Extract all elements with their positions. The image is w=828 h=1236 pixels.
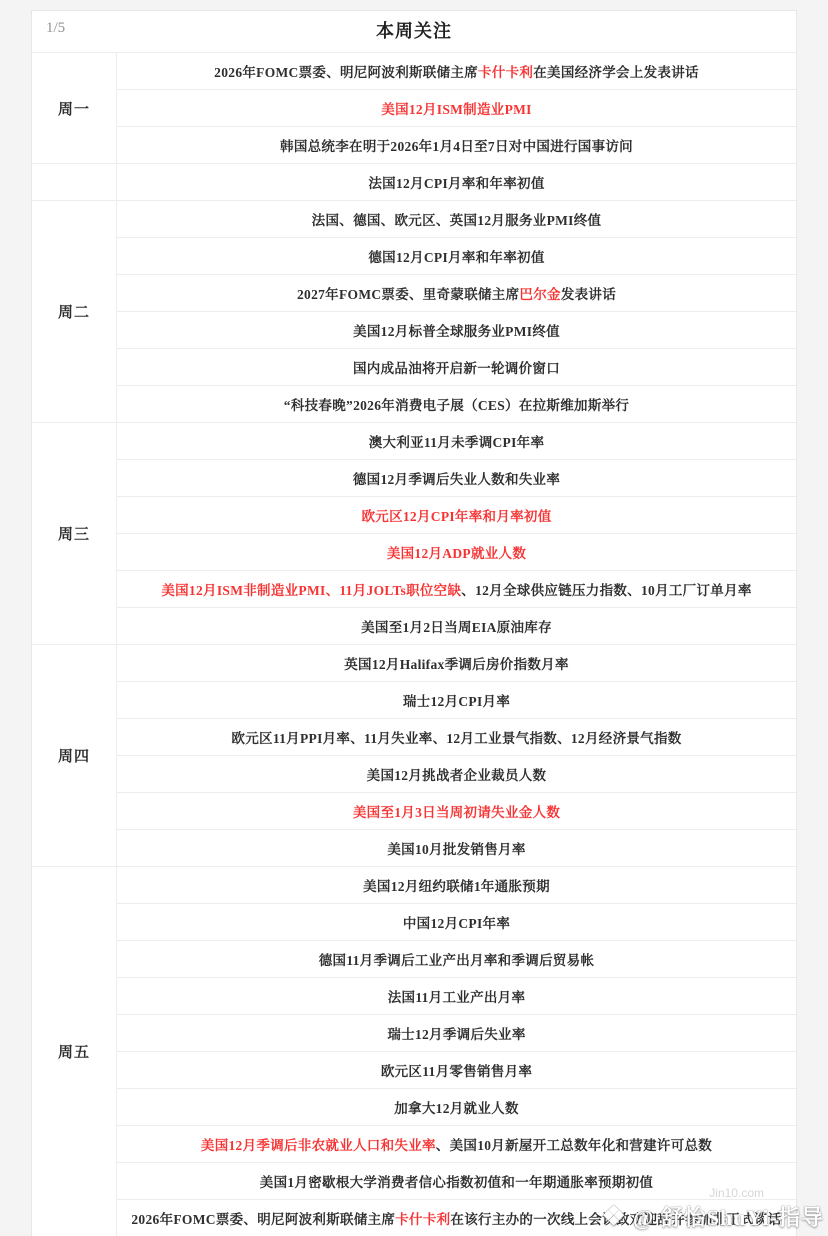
table-header: 1/5 本周关注	[32, 11, 796, 53]
day-group-friday: 周五 美国12月纽约联储1年通胀预期 中国12月CPI年率 德国11月季调后工业…	[32, 866, 796, 1236]
event-row: 2027年FOMC票委、里奇蒙联储主席巴尔金发表讲话	[117, 274, 796, 311]
event-text-segment: 欧元区11月零售销售月率	[381, 1060, 532, 1080]
event-row: 欧元区12月CPI年率和月率初值	[117, 496, 796, 533]
event-text-segment: 欧元区12月CPI年率和月率初值	[361, 505, 551, 525]
event-row: 美国12月纽约联储1年通胀预期	[117, 867, 796, 903]
event-text-segment: 美国12月ADP就业人数	[387, 542, 526, 562]
day-group-tuesday: 周二 法国、德国、欧元区、英国12月服务业PMI终值 德国12月CPI月率和年率…	[32, 200, 796, 422]
event-text-segment: 瑞士12月CPI月率	[403, 690, 510, 710]
day-group-wednesday: 周三 澳大利亚11月未季调CPI年率 德国12月季调后失业人数和失业率 欧元区1…	[32, 422, 796, 644]
diamond-logo-icon: ❖	[602, 1203, 627, 1230]
event-row: 美国至1月3日当周初请失业金人数	[117, 792, 796, 829]
day-group-monday: 周一 2026年FOMC票委、明尼阿波利斯联储主席卡什卡利在美国经济学会上发表讲…	[32, 53, 796, 163]
event-row: 中国12月CPI年率	[117, 903, 796, 940]
event-rows-unlabeled: 法国12月CPI月率和年率初值	[117, 164, 796, 200]
weekly-focus-page: 1/5 本周关注 周一 2026年FOMC票委、明尼阿波利斯联储主席卡什卡利在美…	[0, 0, 828, 1236]
event-row: 欧元区11月零售销售月率	[117, 1051, 796, 1088]
event-row: 德国11月季调后工业产出月率和季调后贸易帐	[117, 940, 796, 977]
day-label-tuesday: 周二	[32, 201, 117, 422]
event-row: 美国12月ADP就业人数	[117, 533, 796, 570]
day-label-empty	[32, 164, 117, 200]
day-label-friday: 周五	[32, 867, 117, 1236]
day-label-monday: 周一	[32, 53, 117, 163]
day-label-thursday: 周四	[32, 645, 117, 866]
event-row: 澳大利亚11月未季调CPI年率	[117, 423, 796, 459]
event-row: 加拿大12月就业人数	[117, 1088, 796, 1125]
event-row: 瑞士12月CPI月率	[117, 681, 796, 718]
event-text-segment: 美国12月纽约联储1年通胀预期	[363, 875, 550, 895]
event-text-segment: 美国12月季调后非农就业人口和失业率	[201, 1134, 436, 1154]
event-row: 法国11月工业产出月率	[117, 977, 796, 1014]
event-text-segment: 、美国10月新屋开工总数年化和营建许可总数	[436, 1134, 712, 1154]
event-text-segment: 美国1月密歇根大学消费者信心指数初值和一年期通胀率预期初值	[260, 1171, 653, 1191]
event-row: 美国至1月2日当周EIA原油库存	[117, 607, 796, 644]
event-row: 瑞士12月季调后失业率	[117, 1014, 796, 1051]
event-row: 法国、德国、欧元区、英国12月服务业PMI终值	[117, 201, 796, 237]
event-text-segment: 欧元区11月PPI月率、11月失业率、12月工业景气指数、12月经济景气指数	[231, 727, 681, 747]
event-text-segment: 发表讲话	[561, 283, 616, 303]
event-text-segment: 在美国经济学会上发表讲话	[533, 61, 699, 81]
event-rows-tuesday: 法国、德国、欧元区、英国12月服务业PMI终值 德国12月CPI月率和年率初值 …	[117, 201, 796, 422]
event-text-segment: 美国12月挑战者企业裁员人数	[367, 764, 547, 784]
event-row: 德国12月CPI月率和年率初值	[117, 237, 796, 274]
event-row: 国内成品油将开启新一轮调价窗口	[117, 348, 796, 385]
event-text-segment: 卡什卡利	[478, 61, 533, 81]
event-text-segment: 英国12月Halifax季调后房价指数月率	[344, 653, 569, 673]
event-text-segment: 澳大利亚11月未季调CPI年率	[369, 431, 545, 451]
weekly-focus-table: 1/5 本周关注 周一 2026年FOMC票委、明尼阿波利斯联储主席卡什卡利在美…	[31, 10, 797, 1236]
event-text-segment: 美国12月ISM制造业PMI	[381, 98, 531, 118]
event-text-segment: 美国至1月2日当周EIA原油库存	[361, 616, 552, 636]
watermark: ❖ @ 舒怡ShuYi-指导	[602, 1201, 824, 1232]
event-text-segment: 瑞士12月季调后失业率	[387, 1023, 525, 1043]
event-text-segment: 2027年FOMC票委、里奇蒙联储主席	[297, 283, 519, 303]
event-text-segment: 美国至1月3日当周初请失业金人数	[353, 801, 560, 821]
event-text-segment: 加拿大12月就业人数	[394, 1097, 519, 1117]
event-text-segment: 德国12月季调后失业人数和失业率	[353, 468, 560, 488]
event-text-segment: 国内成品油将开启新一轮调价窗口	[353, 357, 560, 377]
event-text-segment: “科技春晚”2026年消费电子展（CES）在拉斯维加斯举行	[284, 394, 629, 414]
event-row: 韩国总统李在明于2026年1月4日至7日对中国进行国事访问	[117, 126, 796, 163]
page-indicator: 1/5	[46, 20, 65, 37]
event-text-segment: 法国12月CPI月率和年率初值	[368, 172, 544, 192]
event-row: 美国10月批发销售月率	[117, 829, 796, 866]
day-label-wednesday: 周三	[32, 423, 117, 644]
event-text-segment: 2026年FOMC票委、明尼阿波利斯联储主席	[131, 1208, 395, 1228]
event-row: “科技春晚”2026年消费电子展（CES）在拉斯维加斯举行	[117, 385, 796, 422]
event-rows-monday: 2026年FOMC票委、明尼阿波利斯联储主席卡什卡利在美国经济学会上发表讲话 美…	[117, 53, 796, 163]
event-rows-friday: 美国12月纽约联储1年通胀预期 中国12月CPI年率 德国11月季调后工业产出月…	[117, 867, 796, 1236]
event-row: 英国12月Halifax季调后房价指数月率	[117, 645, 796, 681]
event-text-segment: 韩国总统李在明于2026年1月4日至7日对中国进行国事访问	[280, 135, 633, 155]
event-text-segment: 中国12月CPI年率	[403, 912, 510, 932]
event-row: 德国12月季调后失业人数和失业率	[117, 459, 796, 496]
event-text-segment: 、12月全球供应链压力指数、10月工厂订单月率	[461, 579, 751, 599]
event-rows-thursday: 英国12月Halifax季调后房价指数月率 瑞士12月CPI月率 欧元区11月P…	[117, 645, 796, 866]
day-group-thursday: 周四 英国12月Halifax季调后房价指数月率 瑞士12月CPI月率 欧元区1…	[32, 644, 796, 866]
event-text-segment: 美国12月标普全球服务业PMI终值	[353, 320, 560, 340]
event-text-segment: 法国、德国、欧元区、英国12月服务业PMI终值	[312, 209, 602, 229]
event-row: 美国12月ISM制造业PMI	[117, 89, 796, 126]
event-row: 法国12月CPI月率和年率初值	[117, 164, 796, 200]
watermark-text: @ 舒怡ShuYi-指导	[633, 1201, 824, 1232]
event-text-segment: 美国12月ISM非制造业PMI、11月JOLTs职位空缺	[161, 579, 461, 599]
event-row: 欧元区11月PPI月率、11月失业率、12月工业景气指数、12月经济景气指数	[117, 718, 796, 755]
event-row: 美国12月ISM非制造业PMI、11月JOLTs职位空缺、12月全球供应链压力指…	[117, 570, 796, 607]
jin10-faint-watermark: Jin10.com	[709, 1186, 764, 1200]
event-text-segment: 法国11月工业产出月率	[388, 986, 526, 1006]
event-text-segment: 德国12月CPI月率和年率初值	[368, 246, 544, 266]
event-text-segment: 巴尔金	[519, 283, 560, 303]
event-rows-wednesday: 澳大利亚11月未季调CPI年率 德国12月季调后失业人数和失业率 欧元区12月C…	[117, 423, 796, 644]
day-group-unlabeled: 法国12月CPI月率和年率初值	[32, 163, 796, 200]
event-text-segment: 2026年FOMC票委、明尼阿波利斯联储主席	[214, 61, 478, 81]
event-row: 美国12月季调后非农就业人口和失业率、美国10月新屋开工总数年化和营建许可总数	[117, 1125, 796, 1162]
event-row: 美国1月密歇根大学消费者信心指数初值和一年期通胀率预期初值	[117, 1162, 796, 1199]
event-row: 美国12月挑战者企业裁员人数	[117, 755, 796, 792]
event-row: 美国12月标普全球服务业PMI终值	[117, 311, 796, 348]
event-text-segment: 卡什卡利	[395, 1208, 450, 1228]
event-text-segment: 美国10月批发销售月率	[387, 838, 525, 858]
page-title: 本周关注	[32, 11, 796, 52]
event-text-segment: 德国11月季调后工业产出月率和季调后贸易帐	[319, 949, 595, 969]
event-row: 2026年FOMC票委、明尼阿波利斯联储主席卡什卡利在美国经济学会上发表讲话	[117, 53, 796, 89]
